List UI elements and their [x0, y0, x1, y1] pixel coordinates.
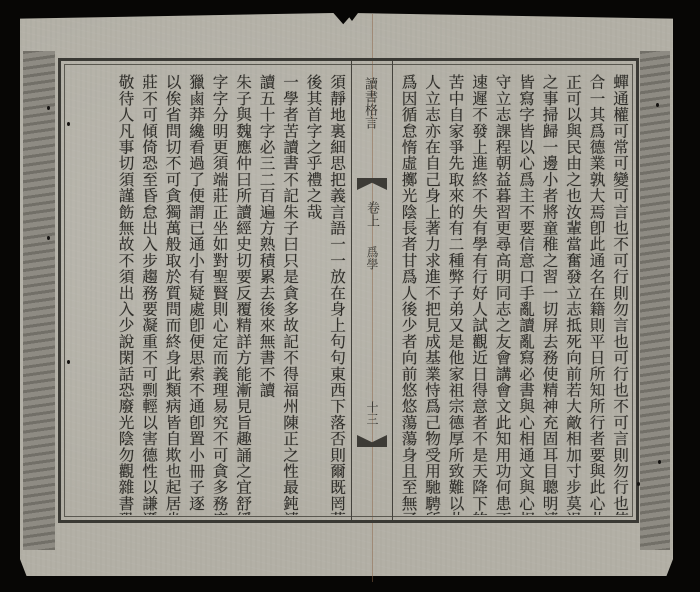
section-label: 爲學: [364, 246, 381, 270]
text-column: 須靜地裏細思把義言語一一放在身上句句東西下落否則爾既罔萬以牲牲俟以奉: [325, 66, 349, 515]
text-column: 之事掃歸一邊小者將童稚之習一切屏去務使精神充固耳目聰明讀書作文: [537, 66, 561, 515]
text-column: 朱子與魏應仲曰所讀經史切要反覆精詳方能漸見旨趣誦之宜舒緩不迫令: [231, 66, 255, 515]
text-column: 後其首字之乎禮之哉: [301, 66, 325, 515]
text-column: 合一其爲德業孰大焉卽此通名在籍則平日所知所行者要與此心此天理不相悖戾: [584, 66, 608, 515]
volume-label: 卷上: [362, 201, 381, 227]
left-text-block: 須靜地裏細思把義言語一一放在身上句句東西下落否則爾既罔萬以牲牲俟以奉 後其首字之…: [66, 66, 348, 515]
text-column: 獵鹵莽纔看過了便謂已通小有疑處卽便思索不通卽置小冊子逐一抄記: [184, 66, 208, 515]
wormhole-mark: [656, 103, 659, 107]
wormhole-mark: [67, 360, 70, 364]
text-column: 敬待人凡事切須謹飭無故不須出入少說閑話恐廢光陰勿觀雜書恐分精力: [113, 66, 137, 515]
text-column: 苦中自家爭先取來的有二種弊子弟又是他家祖宗德厚所致難以此論況其六: [443, 66, 467, 515]
wormhole-mark: [637, 482, 640, 486]
print-frame: 蟬通權可常可變可言也不可行則勿言也可行也不可言則勿行也使心口相符內外 合一其爲德…: [58, 58, 639, 523]
page-number: 十三: [364, 401, 381, 425]
wormhole-mark: [47, 106, 50, 110]
wormhole-mark: [47, 236, 50, 240]
text-column: 守立志課程朝益暮習更尋高明同志之友會講會文此知用功何患不達卽使命奴: [490, 66, 514, 515]
text-column: 皆寫字皆以心爲主不要信意口手亂讀亂寫必書與心相通文與心相會寫與心相: [514, 66, 538, 515]
text-column: 一學者苦讀書不記朱子曰只是貪多故記不得福州陳正之性最鈍讀書只: [278, 66, 302, 515]
text-column: 人立志亦在自己身上著力求進不把見成基業恃爲己物受用馳騁所以有此汝輩只: [420, 66, 444, 515]
right-margin-border: [640, 51, 670, 550]
right-text-block: 蟬通權可常可變可言也不可行則勿言也可行也不可言則勿行也使心口相符內外 合一其爲德…: [364, 66, 631, 515]
center-column-banxin: 讀書格言 卷上 爲學 十三: [351, 61, 393, 520]
fishtail-top-icon: [357, 178, 387, 190]
text-column: 莊不可傾倚恐至昏怠出入步趨務要凝重不可剽輕以害德性以謙遜自牧以和: [137, 66, 161, 515]
text-column: 正可以與民由之也汝輩當奮發立志抵死向前若大敵相加寸步莫退大者務爲聖: [561, 66, 585, 515]
text-column: 爲因循怠惰虛擲光陰長者甘爲人後少者向前悠悠蕩蕩身且至無了下箭: [396, 66, 420, 515]
text-column: 讀五十字必三二百遍方熟積累去後來無書不讀: [254, 66, 278, 515]
fishtail-bottom-icon: [357, 435, 387, 447]
text-column: 字字分明更須端莊正坐如對聖賢則心定而義理易究不可貪多務廣涉: [207, 66, 231, 515]
left-margin-border: [23, 51, 55, 550]
text-column: 速遲不發上進終不失有學有行好人試觀近日得意者不是天降下的俱自奮: [467, 66, 491, 515]
wormhole-mark: [658, 460, 661, 464]
text-column: 以俟省問切不可貪獨萬般取於質問而終身此類病皆自欺也起居坐立務要端: [160, 66, 184, 515]
wormhole-mark: [67, 122, 70, 126]
text-column: 蟬通權可常可變可言也不可行則勿言也可行也不可言則勿行也使心口相符內外: [608, 66, 632, 515]
book-title: 讀書格言: [360, 77, 379, 129]
